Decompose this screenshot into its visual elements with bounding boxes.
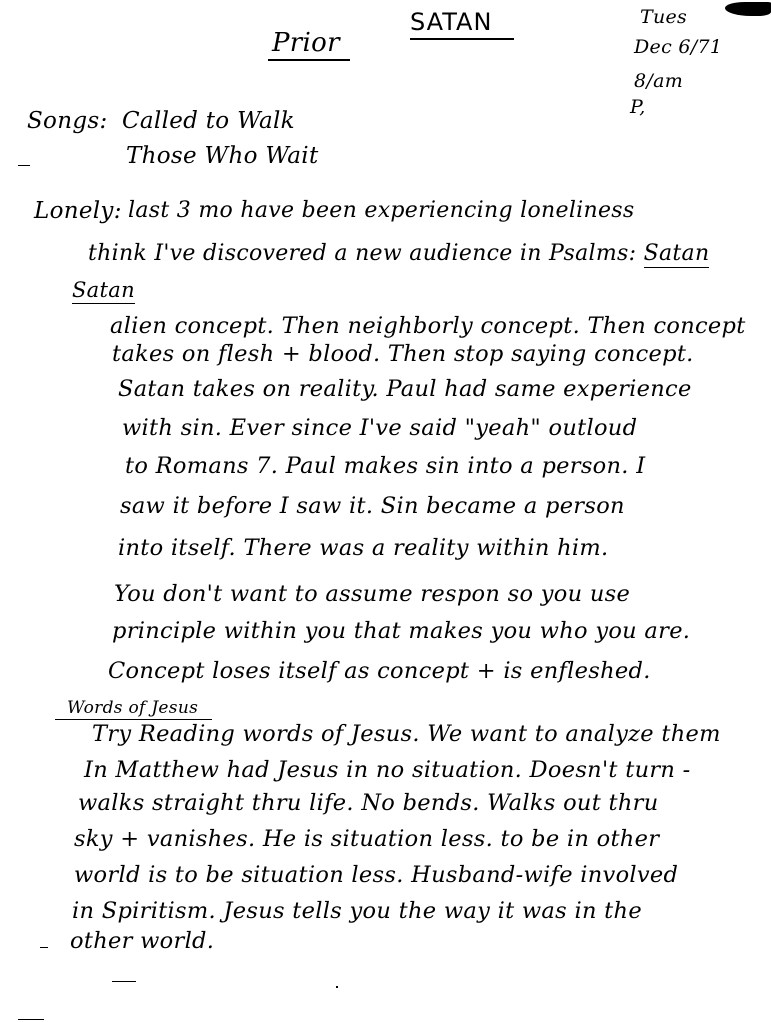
lonely-line: last 3 mo have been experiencing lonelin…	[128, 200, 634, 222]
date-time: 8/am	[634, 72, 683, 91]
satan-heading: Satan	[72, 280, 135, 304]
date-note: P,	[630, 98, 646, 117]
note-line: in Spiritism. Jesus tells you the way it…	[72, 900, 642, 923]
note-line: takes on flesh + blood. Then stop saying…	[112, 343, 694, 366]
note-line: walks straight thru life. No bends. Walk…	[78, 792, 659, 815]
ink-smudge	[725, 2, 771, 16]
satan-underlined: Satan	[644, 241, 710, 268]
date-day: Tues	[640, 8, 687, 27]
scan-speck	[336, 986, 338, 988]
scan-speck	[40, 947, 48, 948]
note-line: world is to be situation less. Husband-w…	[74, 864, 678, 887]
note-line: In Matthew had Jesus in no situation. Do…	[84, 759, 691, 782]
song-item: Called to Walk	[122, 110, 295, 133]
date-date: Dec 6/71	[634, 38, 722, 57]
note-line: principle within you that makes you who …	[112, 620, 690, 643]
words-heading: Words of Jesus	[55, 700, 212, 720]
note-line: alien concept. Then neighborly concept. …	[110, 315, 746, 338]
scan-speck	[112, 981, 136, 982]
note-line: Try Reading words of Jesus. We want to a…	[92, 723, 721, 746]
note-line: You don't want to assume respon so you u…	[114, 583, 630, 606]
note-line: to Romans 7. Paul makes sin into a perso…	[125, 455, 645, 478]
scan-speck	[18, 1019, 44, 1020]
scan-speck	[18, 165, 30, 166]
note-line: saw it before I saw it. Sin became a per…	[120, 495, 625, 518]
note-line: Satan takes on reality. Paul had same ex…	[118, 378, 692, 401]
note-line: with sin. Ever since I've said "yeah" ou…	[122, 417, 637, 440]
lonely-line: think I've discovered a new audience in …	[88, 243, 709, 265]
song-item: Those Who Wait	[126, 145, 319, 168]
note-line: Concept loses itself as concept + is enf…	[108, 660, 651, 683]
left-title: Prior	[268, 30, 350, 61]
note-line: sky + vanishes. He is situation less. to…	[74, 828, 659, 851]
page-title: SATAN	[410, 10, 514, 40]
lonely-line-text: think I've discovered a new audience in …	[88, 241, 636, 266]
note-line: other world.	[70, 930, 214, 953]
songs-label: Songs:	[27, 110, 108, 133]
lonely-label: Lonely:	[34, 200, 122, 223]
note-line: into itself. There was a reality within …	[118, 537, 609, 560]
